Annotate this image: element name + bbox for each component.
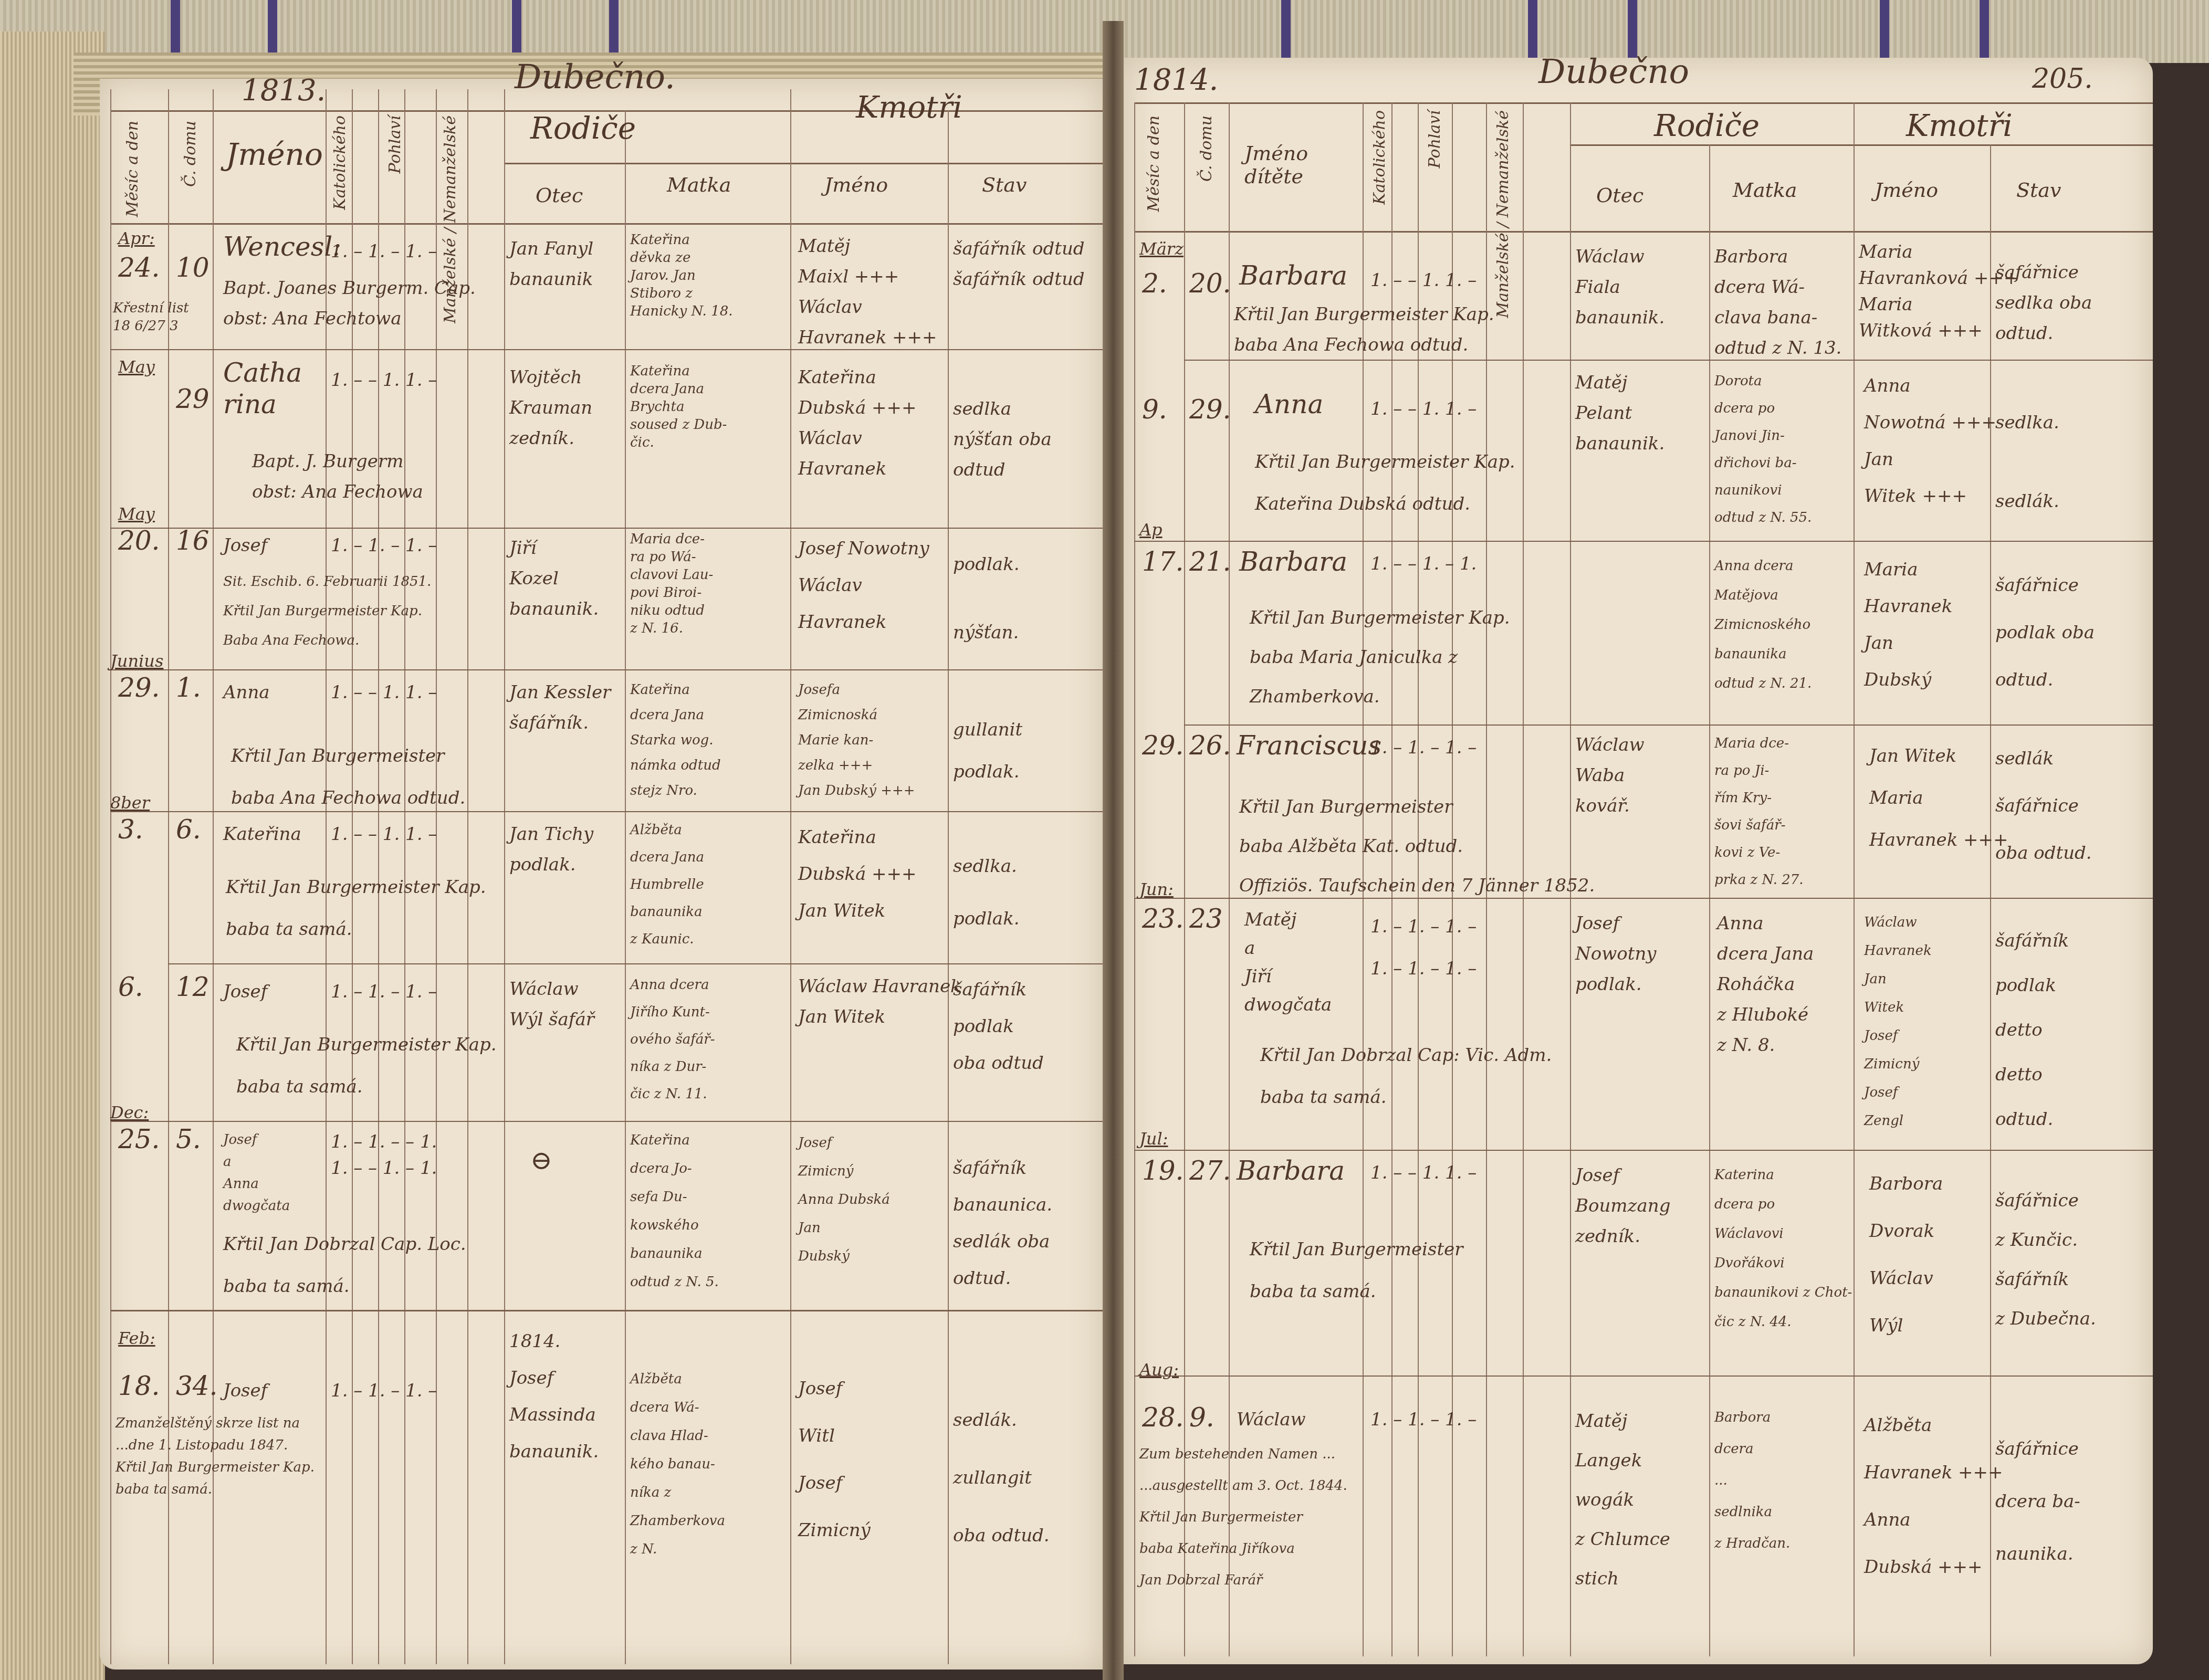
entry-note: Křtil Jan Dobrzal Cap. Loc. baba ta samá… (223, 1223, 466, 1307)
entry-note: Křtil Jan Burgermeister baba Ana Fechowa… (231, 735, 465, 819)
row-rule (110, 1121, 1103, 1122)
entry-child-name: Josef (223, 976, 267, 1007)
header-child-name: Jméno dítěte (1244, 142, 1349, 188)
entry-godparents: Kateřina Dubská +++ Wáclav Havranek (798, 362, 917, 484)
entry-day: 18. (118, 1370, 160, 1402)
header-religion: Katolického (331, 115, 349, 210)
entry-note: Křtil Jan Burgermeister baba ta samá. (1250, 1228, 1463, 1312)
entry-house: 26. (1189, 730, 1231, 761)
entry-father: Jan Tichy podlak. (509, 819, 593, 880)
entry-godparents: Matěj Maixl +++ Wáclav Havranek +++ (798, 231, 937, 353)
column-rule (948, 110, 949, 1664)
entry-marks: 1. – 1. – 1. – (331, 976, 437, 1007)
entry-child-name: Wencesl: (223, 231, 341, 262)
entry-godparent-status: sedlák šafářnice oba odtud. (1995, 735, 2092, 877)
page-edges (0, 31, 105, 1680)
row-rule (110, 1310, 1103, 1311)
entry-father: Wojtěch Krauman zedník. (509, 362, 592, 454)
entry-godparents: Josef Witl Josef Zimicný (798, 1365, 871, 1554)
column-rule (1134, 102, 1135, 1656)
column-rule (790, 89, 791, 1664)
header-group-godparents: Kmotři (856, 89, 962, 125)
header-godparent-status: Stav (2016, 178, 2061, 202)
entry-month: Aug: (1139, 1354, 1179, 1385)
entry-month: Jul: (1139, 1123, 1168, 1154)
binding-stripe (1880, 0, 1889, 63)
binding-stripe (1980, 0, 1989, 63)
entry-child-name: Josef a Anna dwogčata (223, 1129, 290, 1217)
entry-mother: Katerina dcera po Wáclavovi Dvořákovi ba… (1714, 1160, 1852, 1337)
entry-marks: 1. – – 1. 1. – (331, 677, 437, 708)
entry-house: 23 (1189, 903, 1223, 934)
entry-day: 17. (1142, 546, 1184, 577)
entry-child-name: Kateřina (223, 819, 301, 849)
entry-godparent-status: sedlka. sedlák. (1995, 383, 2059, 541)
entry-house: 9. (1189, 1402, 1215, 1433)
entry-godparents: Maria Havranková +++ Maria Witková +++ (1859, 239, 2018, 344)
entry-mother: Anna dcera Jiřího Kunt- ového šafář- ník… (630, 971, 715, 1108)
header-rule (1570, 144, 2153, 146)
entry-mother: Maria dce- ra po Ji- řím Kry- šovi šafář… (1714, 730, 1804, 894)
entry-father: Matěj Pelant banaunik. (1575, 367, 1664, 459)
entry-house: 34. (176, 1370, 218, 1402)
entry-day: 2. (1142, 268, 1167, 299)
entry-godparents: Josef Nowotny Wáclav Havranek (798, 530, 929, 640)
entry-house: 21. (1189, 546, 1231, 577)
book-gutter (1103, 21, 1124, 1680)
entry-mother: Kateřina děvka ze Jarov. Jan Stiboro z H… (630, 231, 732, 320)
entry-note: Křtil Jan Burgermeister Kap. baba ta sam… (226, 866, 486, 950)
entry-marks: 1. – – 1. 1. – (1370, 1158, 1477, 1188)
column-rule (1854, 102, 1855, 1656)
entry-house: 6. (176, 814, 201, 845)
header-sex: Pohlaví (1426, 110, 1444, 168)
entry-godparent-status: šafářnice dcera ba- naunika. (1995, 1423, 2080, 1580)
header-legitimacy: Manželské / Nemanželské (1494, 110, 1512, 318)
entry-godparent-status: šafářník odtud šafářník odtud (953, 234, 1085, 295)
header-godparent-name: Jméno (1875, 178, 1938, 202)
header-group-parents: Rodiče (530, 110, 636, 146)
entry-father: Jan Fanyl banaunik (509, 234, 593, 295)
header-godparent-name: Jméno (824, 173, 888, 196)
entry-note: Křtil Jan Burgermeister baba Alžběta Kat… (1239, 787, 1595, 906)
entry-note: Bapt. Joanes Burgerm. Cap. obst: Ana Fec… (223, 273, 476, 334)
entry-note: Bapt. J. Burgerm obst: Ana Fechowa (252, 446, 423, 507)
header-godparent-status: Stav (982, 173, 1027, 196)
row-rule (168, 963, 1103, 964)
entry-father: Wáclaw Wýl šafář (509, 974, 594, 1035)
entry-marks: 1. – – 1. – 1. (1370, 549, 1477, 579)
entry-godparent-status: šafářník banaunica. sedlák oba odtud. (953, 1150, 1052, 1297)
entry-mother: Anna dcera Matějova Zimicnoského banauni… (1714, 551, 1812, 698)
entry-godparent-status: gullanit podlak. (953, 709, 1022, 793)
entry-godparents: Barbora Dvorak Wáclav Wýl (1869, 1160, 1943, 1349)
entry-month: März (1139, 234, 1184, 264)
column-rule (625, 110, 626, 1664)
page-place: Dubečno (1538, 52, 1689, 91)
entry-note: Křtil Jan Burgermeister Kap. baba Ana Fe… (1234, 299, 1494, 360)
entry-godparent-status: podlak. nýšťan. (953, 530, 1020, 667)
row-rule (1134, 541, 2153, 542)
header-name: Jméno (226, 136, 323, 172)
header-date: Měsíc a den (1145, 115, 1163, 212)
entry-father: Matěj Langek wogák z Chlumce stich (1575, 1402, 1670, 1599)
entry-child-name: Barbara (1237, 1155, 1345, 1186)
entry-godparents: Kateřina Dubská +++ Jan Witek (798, 819, 917, 929)
column-rule (504, 89, 505, 1664)
row-rule (110, 669, 1103, 670)
header-date: Měsíc a den (123, 121, 142, 217)
header-mother: Matka (667, 173, 731, 196)
entry-godparent-status: sedlka nýšťan oba odtud (953, 394, 1052, 485)
entry-child-name: Josef (223, 1375, 267, 1406)
entry-note: Sit. Eschib. 6. Februarii 1851. Křtil Ja… (223, 567, 431, 655)
entry-child-name: Barbara (1239, 546, 1347, 577)
entry-day: 29. (1142, 730, 1184, 761)
entry-father: Wáclaw Fiala banaunik. (1575, 241, 1664, 333)
entry-father: Wáclaw Waba kovář. (1575, 730, 1645, 821)
entry-father: Josef Nowotny podlak. (1575, 908, 1657, 1000)
entry-marks: 1. – 1. – 1. – (1370, 1404, 1477, 1435)
entry-note: Křtil Jan Burgermeister Kap. baba Maria … (1250, 598, 1510, 717)
entry-day: 29 (176, 383, 210, 415)
entry-godparents: Maria Havranek Jan Dubský (1864, 551, 1952, 698)
entry-child-name: Anna (1255, 388, 1323, 420)
entry-month: Apr: (118, 223, 155, 254)
entry-godparents: Alžběta Havranek +++ Anna Dubská +++ (1864, 1402, 2003, 1591)
entry-marks: 1. – 1. – 1. – (331, 236, 437, 267)
entry-child-name: Barbara (1239, 260, 1347, 291)
header-rule (504, 163, 1103, 164)
right-page: 1814. Dubečno 205. Měsíc a den Č. domu J… (1124, 58, 2153, 1664)
column-rule (1709, 144, 1710, 1656)
entry-mother: Alžběta dcera Jana Humbrelle banaunika z… (630, 816, 704, 953)
entry-father: 1814. Josef Massinda banaunik. (509, 1323, 599, 1470)
entry-marks: 1. – 1. – 1. – (331, 1375, 437, 1406)
entry-house: 10 (176, 252, 210, 283)
page-number: 205. (2032, 63, 2093, 94)
entry-mother: Barbora dcera Wá- clava bana- odtud z N.… (1714, 241, 1841, 363)
entry-day: 25. (118, 1123, 160, 1155)
row-rule (110, 349, 1103, 350)
entry-child-name: Matěj a Jiří dwogčata (1244, 906, 1332, 1019)
entry-godparents: Josef Zimicný Anna Dubská Jan Dubský (798, 1129, 890, 1270)
entry-mother: Maria dce- ra po Wá- clavovi Lau- povi B… (630, 530, 713, 637)
column-rule (1184, 102, 1185, 1656)
entry-month: Ap (1139, 514, 1163, 545)
entry-godparents: Wáclaw Havranek Jan Witek (798, 971, 961, 1032)
entry-month: May (118, 352, 155, 382)
header-rule (1134, 102, 2153, 104)
header-father: Otec (536, 184, 583, 207)
entry-mother: Anna dcera Jana Roháčka z Hluboké z N. 8… (1717, 908, 1814, 1060)
header-house-number: Č. domu (1197, 115, 1216, 182)
page-year: 1813. (242, 73, 326, 108)
entry-child-name: Catha rina (223, 357, 302, 420)
entry-godparent-status: sedlka. podlak. (953, 840, 1020, 945)
entry-godparent-status: sedlák. zullangit oba odtud. (953, 1391, 1050, 1564)
binding-stripe (1528, 0, 1537, 63)
row-rule (110, 528, 1103, 529)
column-rule (1229, 102, 1230, 1656)
entry-day: 20. (118, 525, 160, 556)
entry-note: Křtil Jan Burgermeister Kap. Kateřina Du… (1255, 441, 1515, 525)
entry-mother: Kateřina dcera Jana Starka wog. námka od… (630, 677, 721, 803)
header-group-godparents: Kmotři (1906, 108, 2013, 143)
header-father: Otec (1596, 184, 1643, 207)
header-mother: Matka (1733, 178, 1797, 202)
entry-house: 20. (1189, 268, 1231, 299)
entry-house: 1. (176, 672, 201, 703)
header-sex: Pohlaví (386, 115, 404, 173)
entry-day: 23. (1142, 903, 1184, 934)
entry-house: 27. (1189, 1155, 1231, 1186)
entry-godparents: Wáclaw Havranek Jan Witek Josef Zimicný … (1864, 908, 1932, 1135)
header-religion: Katolického (1370, 110, 1389, 205)
entry-godparents: Anna Nowotná +++ Jan Witek +++ (1864, 367, 1996, 514)
entry-marks: 1. – 1. – 1. – (331, 530, 437, 561)
entry-godparent-status: šafářník podlak detto detto odtud. (1995, 919, 2069, 1142)
entry-marks: 1. – – 1. 1. – (1370, 394, 1477, 424)
entry-child-name: Josef (223, 530, 267, 561)
entry-day: 28. (1142, 1402, 1184, 1433)
entry-house: 12 (176, 971, 210, 1003)
entry-marks: 1. – 1. – 1. – (1370, 732, 1477, 763)
entry-mother: Kateřina dcera Jo- sefa Du- kowského ban… (630, 1126, 719, 1296)
entry-father: Jan Kessler šafářník. (509, 677, 611, 738)
entry-father: Jiří Kozel banaunik. (509, 533, 599, 624)
entry-godparents: Josefa Zimicnoská Marie kan- zelka +++ J… (798, 677, 915, 803)
entry-house: 16 (176, 525, 210, 556)
entry-marks: 1. – 1. – – 1. 1. – – 1. – 1. (331, 1129, 437, 1181)
entry-child-name: Franciscus (1237, 730, 1381, 761)
entry-godparents: Jan Witek Maria Havranek +++ (1869, 735, 2008, 861)
row-rule (1134, 1375, 2153, 1377)
entry-mother: Alžběta dcera Wá- clava Hlad- kého banau… (630, 1365, 725, 1563)
entry-day: 9. (1142, 394, 1167, 425)
header-rule (110, 223, 1103, 225)
entry-day: 19. (1142, 1155, 1184, 1186)
page-place: Dubečno. (515, 58, 675, 97)
entry-father: ⊖ (530, 1144, 552, 1176)
column-rule (110, 89, 111, 1664)
entry-house: 29. (1189, 394, 1231, 425)
entry-godparent-status: šafářnice podlak oba odtud. (1995, 562, 2095, 703)
entry-mother: Kateřina dcera Jana Brychta soused z Dub… (630, 362, 727, 451)
entry-day: 29. (118, 672, 160, 703)
entry-godparent-status: šafářnice sedlka oba odtud. (1995, 257, 2092, 349)
entry-day: 24. (118, 252, 160, 283)
entry-marks: 1. – 1. – 1. – 1. – 1. – 1. – (1370, 906, 1477, 990)
entry-godparent-status: šafářník podlak oba odtud (953, 971, 1044, 1081)
row-rule (1134, 1150, 2153, 1151)
entry-father: Josef Boumzang zedník. (1575, 1160, 1670, 1252)
header-house-number: Č. domu (181, 121, 200, 187)
entry-day: 3. (118, 814, 143, 845)
entry-month: Feb: (118, 1323, 155, 1353)
entry-mother: Barbora dcera ... sedlnika z Hradčan. (1714, 1402, 1790, 1559)
entry-side-note: Křestní list 18 6/27 3 (113, 299, 207, 335)
entry-note: Křtil Jan Dobrzal Cap: Vic. Adm. baba ta… (1260, 1034, 1552, 1118)
row-rule (1184, 724, 2153, 726)
entry-mother: Dorota dcera po Janovi Jin- dřichovi ba-… (1714, 367, 1812, 531)
left-page: 1813. Dubečno. Měsíc a den Č. domu Jméno… (100, 79, 1103, 1669)
entry-marks: 1. – – 1. 1. – (331, 819, 437, 849)
header-group-parents: Rodiče (1654, 108, 1760, 143)
entry-month: Jun: (1139, 874, 1174, 905)
page-year: 1814. (1134, 63, 1218, 97)
header-rule (1134, 231, 2153, 233)
entry-note: Zmanželštěný skrze list na ...dne 1. Lis… (116, 1412, 315, 1500)
entry-note: Zum bestehenden Namen ... ...ausgestellt… (1139, 1438, 1347, 1596)
entry-godparent-status: šafářnice z Kunčic. šafářník z Dubečna. (1995, 1181, 2096, 1339)
entry-marks: 1. – – 1. 1. – (331, 365, 437, 395)
entry-child-name: Wáclaw (1237, 1404, 1306, 1435)
entry-child-name: Anna (223, 677, 270, 708)
entry-house: 5. (176, 1123, 201, 1155)
entry-note: Křtil Jan Burgermeister Kap. baba ta sam… (236, 1024, 497, 1108)
entry-marks: 1. – – 1. 1. – (1370, 265, 1477, 296)
entry-day: 6. (118, 971, 143, 1003)
binding-stripe (1281, 0, 1291, 63)
